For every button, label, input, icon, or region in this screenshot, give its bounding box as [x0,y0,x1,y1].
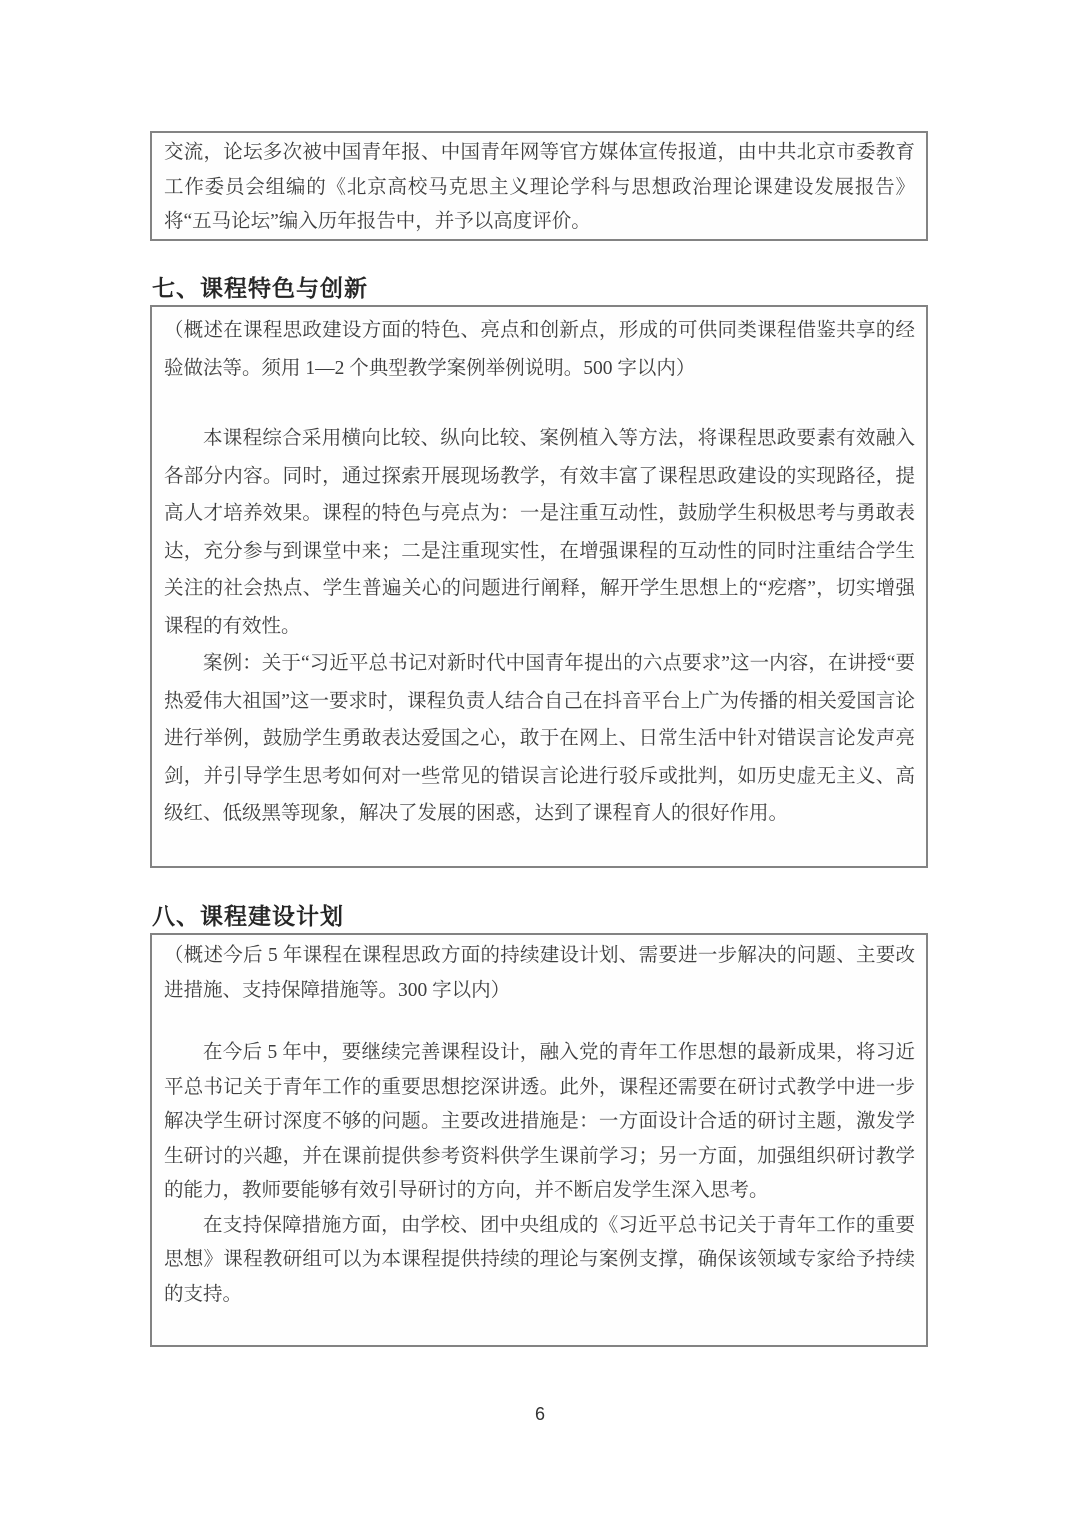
page-number: 6 [0,1404,1080,1425]
section-7-content-box: （概述在课程思政建设方面的特色、亮点和创新点，形成的可供同类课程借鉴共享的经验做… [150,305,928,868]
section-8-content-box: （概述今后 5 年课程在课程思政方面的持续建设计划、需要进一步解决的问题、主要改… [150,933,928,1347]
section-7-instruction-note: （概述在课程思政建设方面的特色、亮点和创新点，形成的可供同类课程借鉴共享的经验做… [164,312,915,387]
section-8-instruction-note: （概述今后 5 年课程在课程思政方面的持续建设计划、需要进一步解决的问题、主要改… [164,939,915,1008]
section-7-paragraph: 案例：关于“习近平总书记对新时代中国青年提出的六点要求”这一内容，在讲授“要热爱… [164,645,915,833]
section-7-heading: 七、课程特色与创新 [152,270,368,303]
section-8-paragraph: 在支持保障措施方面，由学校、团中央组成的《习近平总书记关于青年工作的重要思想》课… [164,1209,915,1313]
continuation-text-box: 交流，论坛多次被中国青年报、中国青年网等官方媒体宣传报道，由中共北京市委教育工作… [150,131,928,241]
document-page: 交流，论坛多次被中国青年报、中国青年网等官方媒体宣传报道，由中共北京市委教育工作… [0,0,1080,1527]
section-8-heading: 八、课程建设计划 [152,898,344,931]
section-8-paragraph: 在今后 5 年中，要继续完善课程设计，融入党的青年工作思想的最新成果，将习近平总… [164,1036,915,1209]
section-7-paragraph: 本课程综合采用横向比较、纵向比较、案例植入等方法，将课程思政要素有效融入各部分内… [164,420,915,645]
continuation-text: 交流，论坛多次被中国青年报、中国青年网等官方媒体宣传报道，由中共北京市委教育工作… [164,136,915,240]
